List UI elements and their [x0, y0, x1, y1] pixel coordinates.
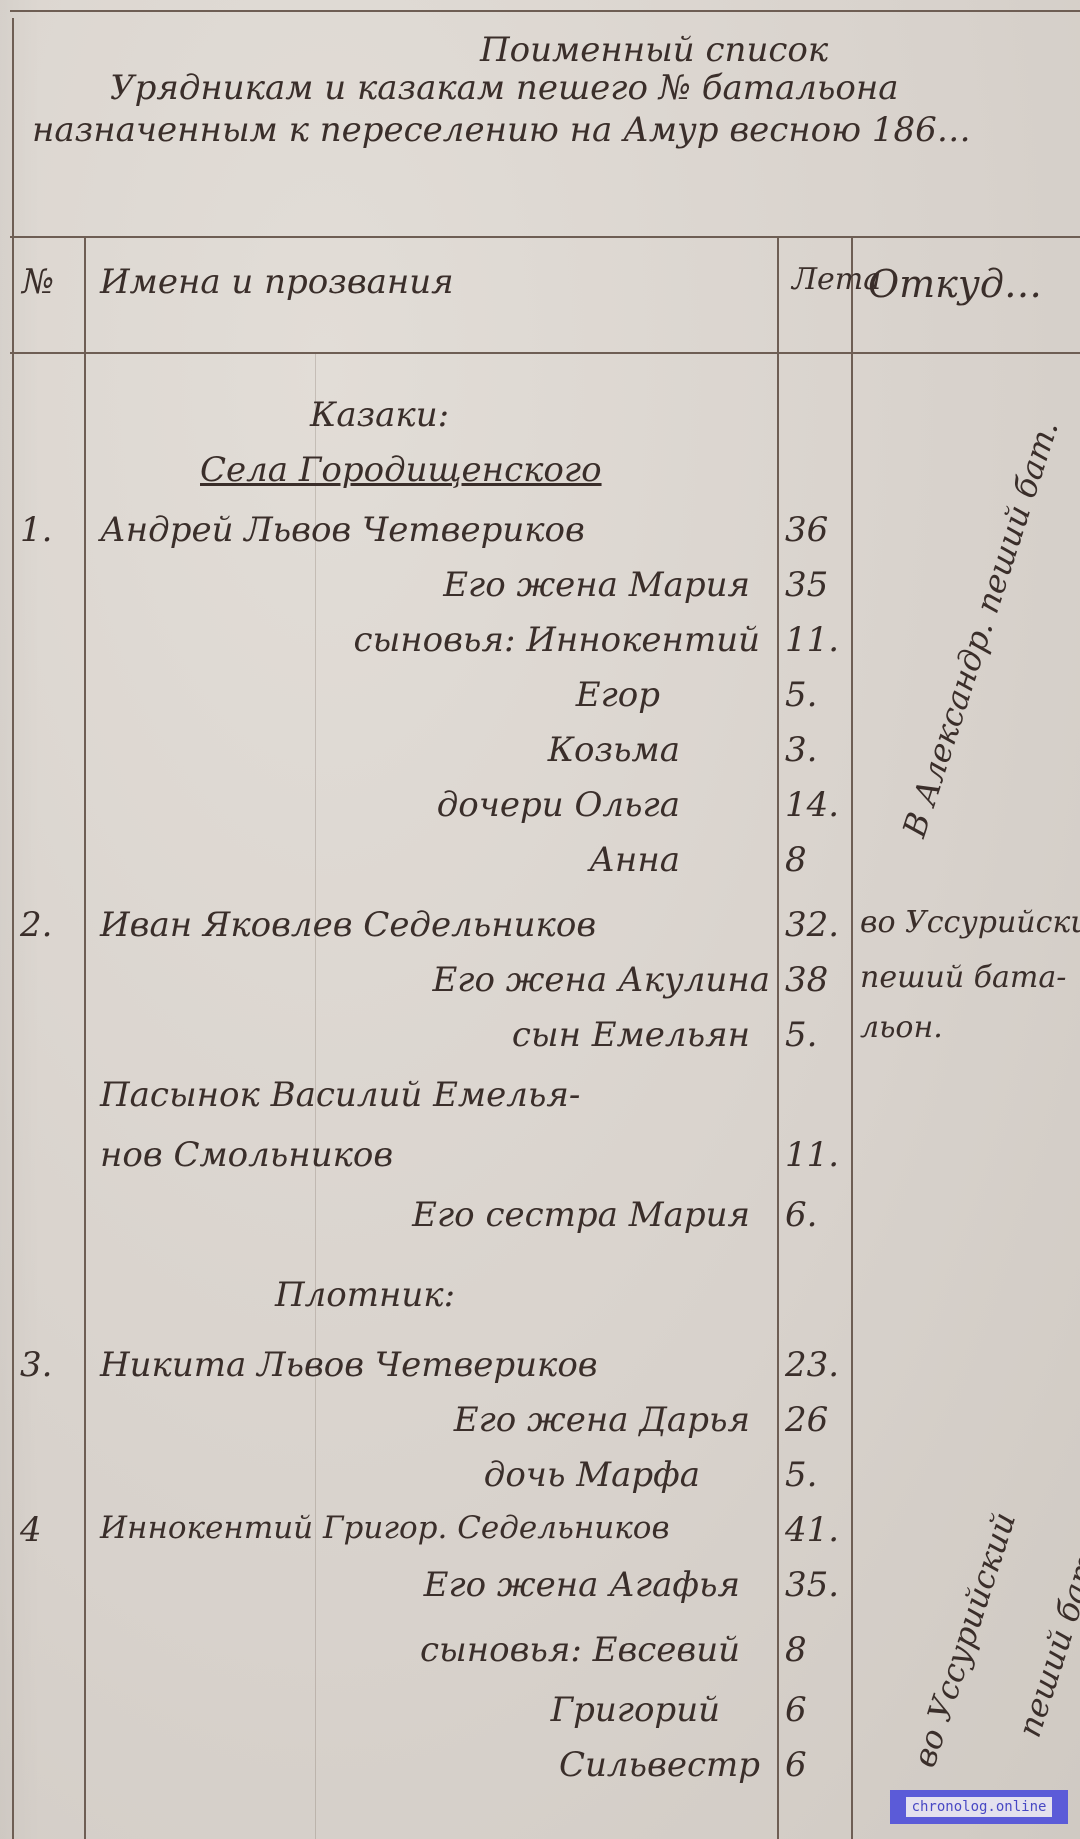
title-bottom-rule — [10, 236, 1080, 238]
table-row: 1. Андрей Львов Четвериков 36 — [0, 510, 1080, 560]
row-name: Его жена Акулина — [432, 960, 770, 1000]
row-age: 36 — [785, 510, 828, 550]
row-age: 26 — [785, 1400, 828, 1440]
row-age: 14. — [785, 785, 839, 825]
row-name: Анна — [589, 840, 680, 880]
row-age: 35 — [785, 565, 828, 605]
row-age: 3. — [785, 730, 817, 770]
table-row: дочь Марфа 5. — [0, 1455, 1080, 1505]
table-row: Его жена Агафья 35. — [0, 1565, 1080, 1615]
row-age: 6 — [785, 1690, 807, 1730]
row-name: Козьма — [548, 730, 680, 770]
remark-ussuri-line2: пеший бата- — [860, 960, 1066, 995]
table-row: Пасынок Василий Емелья- — [0, 1075, 1080, 1125]
row-number: 1. — [20, 510, 52, 550]
row-age: 5. — [785, 1015, 817, 1055]
row-number: 2. — [20, 905, 52, 945]
watermark-text: chronolog.online — [906, 1797, 1053, 1817]
table-row: Анна 8 — [0, 840, 1080, 890]
row-name: сын Емельян — [512, 1015, 750, 1055]
header-number: № — [22, 262, 54, 302]
row-age: 41. — [785, 1510, 839, 1550]
row-age: 8 — [785, 1630, 807, 1670]
row-age: 5. — [785, 675, 817, 715]
row-age: 8 — [785, 840, 807, 880]
section-village: Села Городищенского — [200, 450, 602, 490]
row-age: 11. — [785, 620, 839, 660]
remark-ussuri-line1: во Уссурийский — [860, 905, 1080, 940]
row-name: Никита Львов Четвериков — [100, 1345, 598, 1385]
row-age: 23. — [785, 1345, 839, 1385]
document-title: Поименный список Урядникам и казакам пеш… — [0, 0, 1080, 236]
row-age: 6 — [785, 1745, 807, 1785]
row-name: сыновья: Иннокентий — [354, 620, 760, 660]
table-row: Его жена Дарья 26 — [0, 1400, 1080, 1450]
remark-ussuri-line3: льон. — [860, 1010, 943, 1045]
row-name: Егор — [576, 675, 660, 715]
row-age: 35. — [785, 1565, 839, 1605]
title-line-2: Урядникам и казакам пешего № батальона — [110, 68, 899, 108]
row-age: 6. — [785, 1195, 817, 1235]
row-name: Иннокентий Григор. Седельников — [100, 1510, 670, 1546]
row-number: 4 — [20, 1510, 42, 1550]
table-row: нов Смольников 11. — [0, 1135, 1080, 1185]
row-name: Его сестра Мария — [412, 1195, 750, 1235]
row-name: дочери Ольга — [437, 785, 680, 825]
row-age: 38 — [785, 960, 828, 1000]
section-cossacks: Казаки: — [310, 395, 449, 435]
row-name: Его жена Агафья — [424, 1565, 740, 1605]
row-name: Сильвестр — [559, 1745, 760, 1785]
row-name: дочь Марфа — [484, 1455, 700, 1495]
row-name: Его жена Мария — [443, 565, 750, 605]
table-row: Его сестра Мария 6. — [0, 1195, 1080, 1245]
row-number: 3. — [20, 1345, 52, 1385]
row-name: Его жена Дарья — [454, 1400, 750, 1440]
document-page: Поименный список Урядникам и казакам пеш… — [0, 0, 1080, 1839]
watermark-badge: chronolog.online — [890, 1790, 1068, 1824]
header-bottom-rule — [10, 352, 1080, 354]
title-line-1: Поименный список — [480, 30, 828, 70]
section-carpenter: Плотник: — [275, 1275, 455, 1315]
table-row: сыновья: Евсевий 8 — [0, 1630, 1080, 1680]
row-name: сыновья: Евсевий — [420, 1630, 740, 1670]
table-row: сыновья: Иннокентий 11. — [0, 620, 1080, 670]
table-row: 4 Иннокентий Григор. Седельников 41. — [0, 1510, 1080, 1560]
table-row: 3. Никита Львов Четвериков 23. — [0, 1345, 1080, 1395]
row-age: 11. — [785, 1135, 839, 1175]
table-row: Его жена Мария 35 — [0, 565, 1080, 615]
row-age: 32. — [785, 905, 839, 945]
row-name: Григорий — [551, 1690, 720, 1730]
row-name: Иван Яковлев Седельников — [100, 905, 596, 945]
row-name: нов Смольников — [100, 1135, 393, 1175]
title-line-3: назначенным к переселению на Амур весною… — [32, 110, 971, 150]
row-name: Пасынок Василий Емелья- — [100, 1075, 580, 1115]
header-from: Откуд… — [868, 262, 1042, 306]
row-age: 5. — [785, 1455, 817, 1495]
table-row: Егор 5. — [0, 675, 1080, 725]
header-names: Имена и прозвания — [100, 262, 454, 302]
row-name: Андрей Львов Четвериков — [100, 510, 585, 550]
